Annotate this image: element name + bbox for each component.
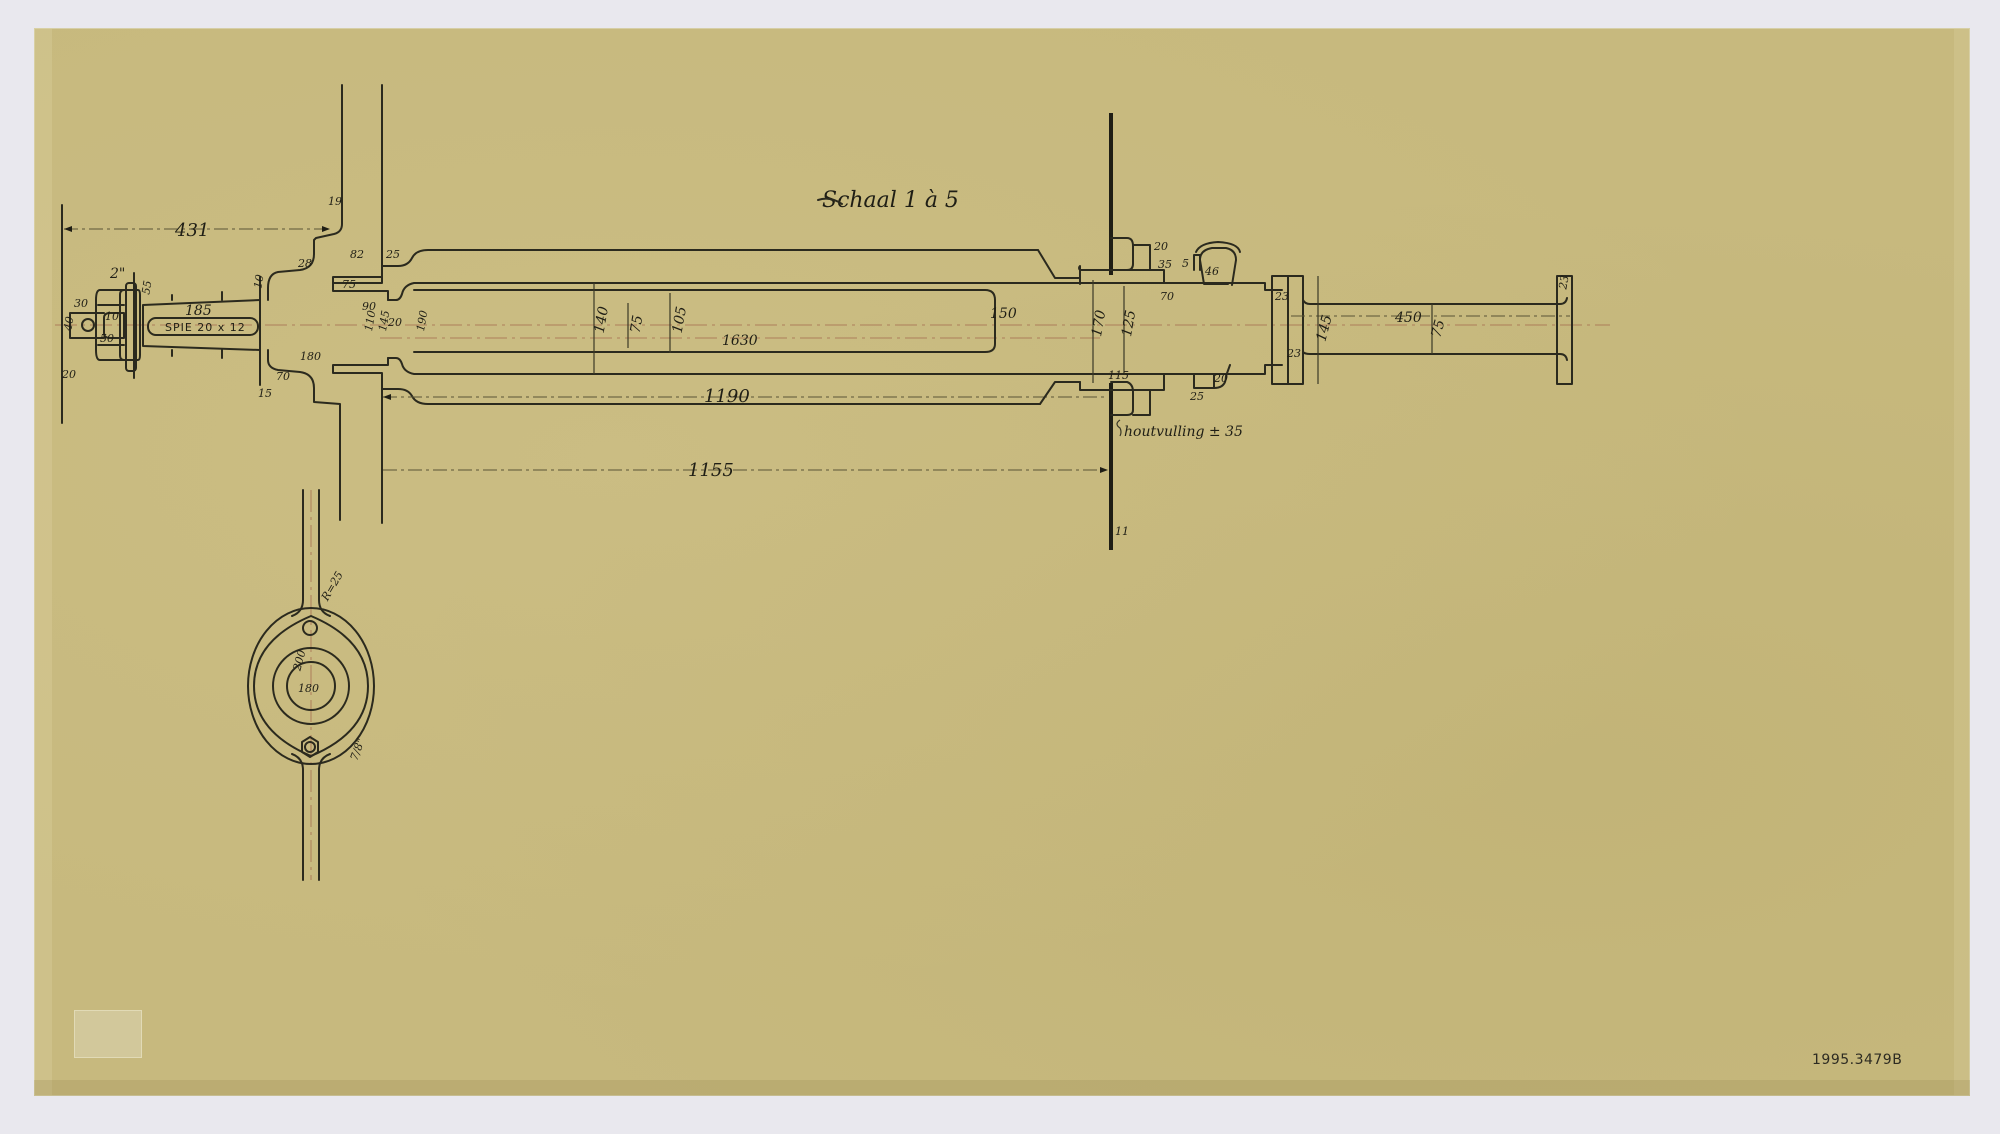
dim-28: 28	[297, 257, 312, 270]
dim-1190: 1190	[704, 386, 750, 407]
dim-end-flange-23: 23	[1556, 274, 1571, 291]
dim-75: 75	[342, 278, 356, 291]
dim-10: 10	[105, 310, 119, 323]
dim-55: 55	[139, 279, 154, 295]
dim-25-low: 25	[1189, 390, 1204, 403]
dim-bearing-35: 35	[1158, 258, 1172, 271]
dim-125: 125	[1119, 309, 1139, 338]
dim-flange-23-a: 23	[1274, 290, 1289, 303]
dim-tail-75: 75	[1429, 318, 1449, 339]
dim-bearing-20: 20	[1153, 240, 1168, 253]
dim-cap-46: 46	[1204, 265, 1219, 278]
dim-end-180: 180	[298, 682, 319, 695]
dim-105: 105	[670, 305, 690, 334]
dim-82: 82	[350, 248, 364, 261]
dim-140: 140	[592, 305, 612, 334]
dim-1155: 1155	[688, 460, 734, 481]
dim-190: 190	[414, 309, 430, 332]
dim-450: 450	[1394, 310, 1422, 326]
scale-title: Schaal 1 à 5	[822, 188, 959, 213]
dim-shoulder-10: 10	[251, 273, 266, 289]
dim-70-right: 70	[1160, 290, 1174, 303]
dim-cap-5: 5	[1182, 257, 1189, 270]
dim-1630: 1630	[722, 333, 758, 349]
plate-mark: 11	[1115, 525, 1129, 538]
shaft-drawing: 431 2" 30 40 10 50 20 55 185 SPIE 20 x 1…	[0, 0, 2000, 1134]
dim-25: 25	[385, 248, 400, 261]
dim-70-left: 70	[276, 370, 290, 383]
dim-115: 115	[1108, 369, 1129, 382]
dim-180: 180	[300, 350, 321, 363]
dim-185: 185	[185, 303, 212, 319]
radius-label: R=25	[318, 569, 346, 604]
dim-flange-145: 145	[1313, 313, 1335, 343]
dim-40: 40	[61, 315, 76, 332]
dim-170: 170	[1089, 309, 1109, 338]
inventory-number: 1995.3479B	[1812, 1052, 1902, 1068]
dim-flange-23-b: 23	[1286, 347, 1301, 360]
nut-mark: 2"	[109, 266, 125, 282]
dim-75-bore: 75	[628, 314, 647, 334]
bolt-size-label: 7/8"	[348, 736, 368, 762]
dim-15: 15	[258, 387, 272, 400]
dim-20: 20	[61, 368, 76, 381]
dim-150: 150	[990, 306, 1017, 322]
spie-label: SPIE 20 x 12	[165, 321, 246, 334]
dim-431: 431	[174, 220, 209, 241]
houtvulling-label: houtvulling ± 35	[1124, 424, 1243, 440]
houtvulling-leader	[1117, 420, 1121, 436]
dim-19: 19	[328, 195, 342, 208]
dim-30: 30	[74, 297, 88, 310]
dim-50: 50	[100, 332, 114, 345]
dim-20-low: 20	[1213, 372, 1228, 385]
